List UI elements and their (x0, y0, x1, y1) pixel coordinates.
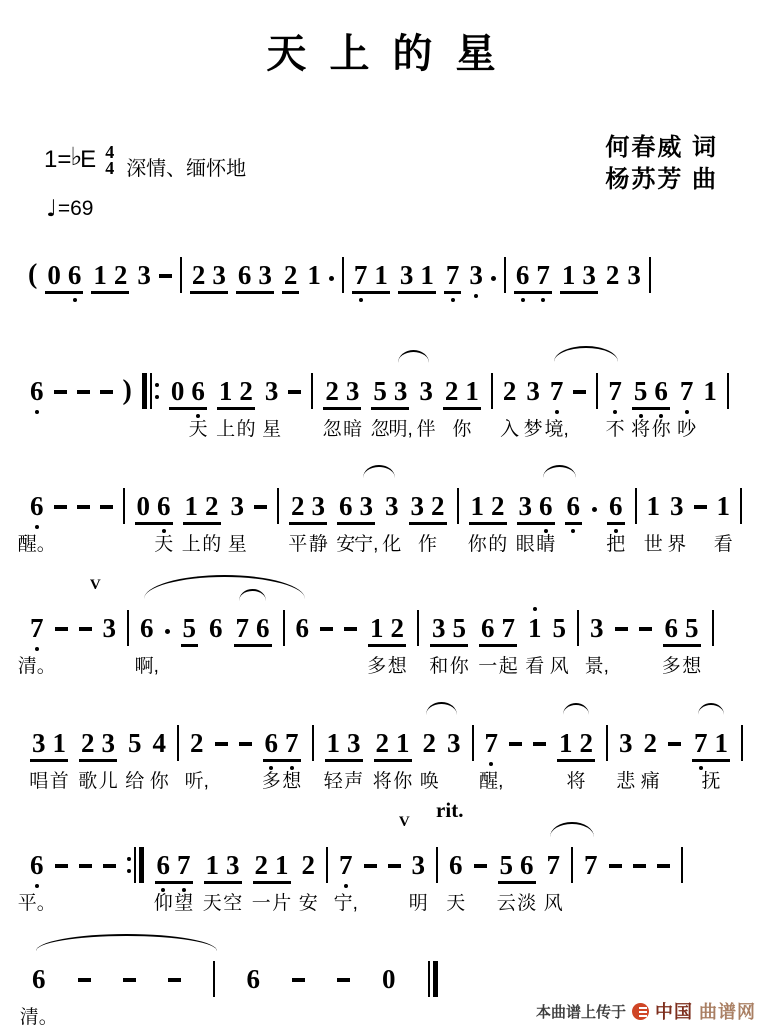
note-digit: 2 (503, 376, 517, 406)
note: 3 (360, 491, 374, 521)
thinbar (428, 961, 430, 997)
final-barline (428, 961, 438, 997)
note: 6 (238, 260, 252, 290)
note: 2 (644, 728, 658, 758)
score-line: 7365676612356715365清。啊,多想和你一起看风景,多想V (30, 605, 714, 643)
lyric-syllable: 你 (652, 414, 671, 441)
note-digit: 6 (238, 260, 252, 290)
note-digit: 7 (285, 728, 299, 758)
barline (436, 847, 438, 883)
note-digit: 1 (327, 728, 341, 758)
score-line: 6)06123235332123775671天上的星忽暗忽明,伴你入梦境,不将你… (30, 368, 729, 406)
note: 6 (68, 260, 82, 290)
note-digit: 5 (373, 376, 387, 406)
augmentation-dot (592, 507, 597, 512)
note-digit: 1 (93, 260, 107, 290)
slur-arc (698, 703, 725, 715)
note-digit: 5 (634, 376, 648, 406)
beam-group: 23 (79, 728, 117, 762)
duration-dash (609, 864, 622, 868)
lyric-syllable: 天 (154, 529, 173, 556)
note: 7 (608, 376, 622, 406)
note: 1 (219, 376, 233, 406)
note-digit: 5 (553, 613, 567, 643)
note: 3 (212, 260, 226, 290)
duration-dash (79, 627, 92, 631)
augmentation-dot (491, 276, 496, 281)
ritardando-marking: rit. (436, 798, 463, 823)
lyric-syllable: 痛 (641, 766, 660, 793)
lyric-syllable: 歌 (78, 766, 97, 793)
note-digit: 3 (394, 376, 408, 406)
lyric-syllable: 明, (388, 414, 412, 441)
note: 2 (445, 376, 459, 406)
note-digit: 2 (491, 491, 505, 521)
note-digit: 0 (171, 376, 185, 406)
note-digit: 3 (447, 728, 461, 758)
lyric-syllable: 声 (344, 766, 363, 793)
slur-arc (554, 346, 619, 362)
note-digit: 5 (685, 613, 699, 643)
duration-dash (77, 505, 90, 509)
watermark-site-bold: 中国 (655, 998, 693, 1024)
beam-group: 56 (498, 850, 536, 884)
note-digit: 1 (528, 613, 542, 643)
note: 0 (137, 491, 151, 521)
note: 6 (339, 491, 353, 521)
note: 1 (562, 260, 576, 290)
lyric-syllable: 悲 (616, 766, 635, 793)
slur-arc (363, 465, 395, 478)
repeat-end-barline (127, 847, 144, 883)
watermark-site: 曲谱网 (699, 998, 756, 1024)
note-digit: 6 (296, 613, 310, 643)
lyric-syllable: 平。 (18, 888, 56, 915)
note-digit: 6 (265, 728, 279, 758)
note-digit: 2 (291, 491, 305, 521)
beam-group: 13 (325, 728, 363, 762)
note: 3 (400, 260, 414, 290)
lyric-syllable: 仰 (154, 888, 173, 915)
beam-group: 67 (479, 613, 517, 647)
slur-arc (144, 575, 306, 599)
repeat-dots (127, 857, 131, 873)
beam-group: 06 (135, 491, 173, 525)
lyric-syllable: 和 (429, 651, 448, 678)
duration-dash (55, 864, 68, 868)
barline (740, 488, 742, 524)
note: 6 (609, 491, 623, 521)
note: 3 (582, 260, 596, 290)
note-digit: 3 (258, 260, 272, 290)
note: 3 (32, 728, 46, 758)
repeat-dots (155, 383, 159, 399)
note: 1 (275, 850, 289, 880)
note: 1 (327, 728, 341, 758)
note-digit: 6 (157, 850, 171, 880)
lyric-syllable: 你 (393, 766, 412, 793)
barline (312, 725, 314, 761)
beam-group: 67 (263, 728, 301, 762)
low-octave-dot (359, 298, 363, 302)
barline (311, 373, 313, 409)
lyric-syllable: 你 (450, 651, 469, 678)
duration-dash (288, 390, 301, 394)
duration-dash (239, 742, 252, 746)
note-digit: 7 (547, 850, 561, 880)
undefined (155, 395, 159, 399)
note: 1 (528, 613, 542, 643)
note-digit: 2 (190, 728, 204, 758)
note: 7 (502, 613, 516, 643)
note-digit: 3 (103, 613, 117, 643)
barline (596, 373, 598, 409)
lyric-syllable: 天 (446, 888, 465, 915)
duration-dash (533, 742, 546, 746)
thickbar (433, 961, 438, 997)
note-digit: 3 (419, 376, 433, 406)
note-digit: 3 (360, 491, 374, 521)
note-digit: 6 (209, 613, 223, 643)
note: 2 (302, 850, 316, 880)
lyric-syllable: 的 (488, 529, 507, 556)
barline (741, 725, 743, 761)
beam-group: 76 (234, 613, 272, 647)
note: 2 (291, 491, 305, 521)
note-digit: 3 (226, 850, 240, 880)
note: 3 (231, 491, 245, 521)
beam-group: 6 (565, 491, 583, 525)
note-digit: 1 (185, 491, 199, 521)
beam-group: 13 (204, 850, 242, 884)
note: 1 (370, 613, 384, 643)
repeat-start-barline (142, 373, 159, 409)
slur-arc (543, 465, 577, 478)
note-digit: 6 (516, 260, 530, 290)
note: 7 (485, 728, 499, 758)
beam-group: 71 (352, 260, 390, 294)
lyric-syllable: 片 (272, 888, 291, 915)
lyric-syllable: 起 (499, 651, 518, 678)
note: 6 (157, 850, 171, 880)
parenthesis: ) (123, 376, 132, 406)
lyric-syllable: 看 (525, 651, 544, 678)
meter-denominator: 4 (105, 160, 114, 176)
lyricist-credit: 何春威 词 (605, 132, 718, 164)
tempo-value: =69 (58, 197, 94, 221)
lyric-syllable: 安 (336, 529, 355, 556)
lyric-syllable: 清。 (18, 651, 56, 678)
key-signature: 1=♭E 4 4 深情、缅怀地 (44, 142, 246, 177)
note-digit: 6 (339, 491, 353, 521)
note: 3 (412, 850, 426, 880)
note: 6 (140, 613, 154, 643)
duration-dash (54, 390, 67, 394)
low-octave-dot (35, 410, 39, 414)
note: 1 (647, 491, 661, 521)
lyric-syllable: 淡 (517, 888, 536, 915)
duration-dash (54, 505, 67, 509)
note-digit: 1 (374, 260, 388, 290)
note-digit: 7 (608, 376, 622, 406)
watermark-text: 本曲谱上传于 (536, 1001, 626, 1022)
credits: 何春威 词 杨苏芳 曲 (605, 132, 718, 196)
lyric-syllable: 儿 (99, 766, 118, 793)
lyric-syllable: 静 (309, 529, 328, 556)
lyric-syllable: 将 (566, 766, 585, 793)
note-digit: 1 (647, 491, 661, 521)
note-digit: 3 (231, 491, 245, 521)
note: 5 (634, 376, 648, 406)
beam-group: 2 (282, 260, 300, 294)
note-digit: 6 (30, 376, 44, 406)
beam-group: 32 (409, 491, 447, 525)
note-digit: 7 (485, 728, 499, 758)
lyric-syllable: 一 (478, 651, 497, 678)
note-digit: 3 (32, 728, 46, 758)
duration-dash (615, 627, 628, 631)
note-digit: 1 (396, 728, 410, 758)
note: 3 (519, 491, 533, 521)
note-digit: 3 (411, 491, 425, 521)
note: 1 (307, 260, 321, 290)
barline (326, 847, 328, 883)
note: 7 (680, 376, 694, 406)
note: 3 (265, 376, 279, 406)
thinbar (134, 847, 136, 883)
beam-group: 23 (190, 260, 228, 294)
note: 1 (420, 260, 434, 290)
time-signature: 4 4 (105, 144, 114, 176)
note-digit: 3 (469, 260, 483, 290)
barline (472, 725, 474, 761)
note-digit: 3 (432, 613, 446, 643)
lyric-syllable: 一 (252, 888, 271, 915)
barline (123, 488, 125, 524)
lyric-syllable: 望 (174, 888, 193, 915)
lyric-syllable: 首 (50, 766, 69, 793)
note: 3 (394, 376, 408, 406)
note: 6 (567, 491, 581, 521)
note: 6 (296, 613, 310, 643)
lyric-syllable: 把 (606, 529, 625, 556)
beam-group: 13 (560, 260, 598, 294)
note: 3 (347, 728, 361, 758)
note: 6 (516, 260, 530, 290)
key-tonic: E (80, 146, 96, 174)
note-digit: 2 (81, 728, 95, 758)
barline (180, 257, 182, 293)
slur-arc (563, 703, 590, 715)
note: 1 (465, 376, 479, 406)
lyric-syllable: 轻 (324, 766, 343, 793)
note-digit: 4 (153, 728, 167, 758)
note: 1 (717, 491, 731, 521)
beam-group: 31 (398, 260, 436, 294)
barline (127, 610, 129, 646)
duration-dash (509, 742, 522, 746)
note-digit: 2 (325, 376, 339, 406)
duration-dash (77, 390, 90, 394)
beam-group: 67 (514, 260, 552, 294)
score-line: 3123542671321237123271唱首歌儿给你听,多想轻声将你唤醒,将… (30, 720, 743, 758)
note-digit: 2 (255, 850, 269, 880)
note-digit: 6 (256, 613, 270, 643)
beam-group: 12 (91, 260, 129, 294)
score-line: 667132127365677平。仰望天空一片安宁,明天云淡风Vrit. (30, 842, 683, 880)
beam-group: 06 (45, 260, 83, 294)
note-digit: 6 (481, 613, 495, 643)
note: 1 (374, 260, 388, 290)
thickbar (142, 373, 147, 409)
note-digit: 6 (520, 850, 534, 880)
barline (571, 847, 573, 883)
undefined (127, 857, 131, 861)
note-digit: 6 (191, 376, 205, 406)
note-digit: 1 (219, 376, 233, 406)
low-octave-dot (541, 298, 545, 302)
lyric-syllable: 唱 (29, 766, 48, 793)
note: 2 (190, 728, 204, 758)
note-digit: 5 (500, 850, 514, 880)
duration-dash (55, 627, 68, 631)
lyric-syllable: 宁, (354, 529, 378, 556)
duration-dash (639, 627, 652, 631)
barline (606, 725, 608, 761)
note: 1 (206, 850, 220, 880)
note: 4 (153, 728, 167, 758)
lyric-syllable: 空 (223, 888, 242, 915)
note-digit: 1 (717, 491, 731, 521)
lyric-syllable: 想 (282, 766, 301, 793)
duration-dash (168, 978, 181, 982)
note-digit: 7 (30, 613, 44, 643)
note-digit: 1 (465, 376, 479, 406)
note: 7 (550, 376, 564, 406)
note: 6 (30, 491, 44, 521)
duration-dash (320, 627, 333, 631)
note-digit: 1 (559, 728, 573, 758)
note: 3 (469, 260, 483, 290)
lyric-syllable: 你 (150, 766, 169, 793)
lyric-syllable: 醒, (479, 766, 503, 793)
note-digit: 2 (391, 613, 405, 643)
note-digit: 2 (205, 491, 219, 521)
beam-group: 56 (632, 376, 670, 410)
lyric-syllable: 梦 (524, 414, 543, 441)
note: 3 (627, 260, 641, 290)
beam-group: 7 (444, 260, 462, 294)
note: 7 (694, 728, 708, 758)
score-line: 6061232363332123666131醒。天上的星平静安宁,化作你的眼睛把… (30, 483, 742, 521)
note-digit: 2 (580, 728, 594, 758)
note-digit: 1 (562, 260, 576, 290)
duration-dash (100, 505, 113, 509)
note: 1 (703, 376, 717, 406)
augmentation-dot (165, 629, 170, 634)
barline (177, 725, 179, 761)
note-digit: 2 (239, 376, 253, 406)
augmentation-dot (329, 276, 334, 281)
lyric-syllable: 忽 (371, 414, 390, 441)
note: 3 (102, 728, 116, 758)
note: 2 (81, 728, 95, 758)
note-digit: 5 (183, 613, 197, 643)
note-digit: 6 (449, 850, 463, 880)
note: 6 (32, 964, 46, 994)
lyric-syllable: 你 (468, 529, 487, 556)
note: 6 (30, 850, 44, 880)
note: 2 (205, 491, 219, 521)
note: 6 (256, 613, 270, 643)
barline (213, 961, 215, 997)
note: 7 (547, 850, 561, 880)
note-digit: 6 (68, 260, 82, 290)
note: 6 (539, 491, 553, 521)
undefined (155, 383, 159, 387)
note-digit: 6 (539, 491, 553, 521)
note: 2 (580, 728, 594, 758)
note-digit: 0 (382, 964, 396, 994)
duration-dash (668, 742, 681, 746)
lyric-syllable: 明 (409, 888, 428, 915)
duration-dash (159, 274, 172, 278)
lyric-syllable: 吵 (677, 414, 696, 441)
note-digit: 2 (431, 491, 445, 521)
lyric-syllable: 想 (388, 651, 407, 678)
note-digit: 3 (265, 376, 279, 406)
low-octave-dot (451, 298, 455, 302)
note: 7 (536, 260, 550, 290)
beam-group: 23 (289, 491, 327, 525)
beam-group: 12 (183, 491, 221, 525)
lyric-syllable: 多 (367, 651, 386, 678)
note: 1 (93, 260, 107, 290)
low-octave-dot (521, 298, 525, 302)
note-digit: 1 (307, 260, 321, 290)
duration-dash (344, 627, 357, 631)
lyric-syllable: 醒。 (18, 529, 56, 556)
note-digit: 3 (385, 491, 399, 521)
note-digit: 6 (654, 376, 668, 406)
note-digit: 7 (680, 376, 694, 406)
note: 7 (177, 850, 191, 880)
note-digit: 3 (400, 260, 414, 290)
note: 6 (30, 376, 44, 406)
note: 7 (584, 850, 598, 880)
note: 6 (191, 376, 205, 406)
note: 3 (258, 260, 272, 290)
note: 3 (411, 491, 425, 521)
beam-group: 6 (607, 491, 625, 525)
barline (457, 488, 459, 524)
note: 6 (157, 491, 171, 521)
note: 3 (419, 376, 433, 406)
note: 2 (376, 728, 390, 758)
note: 5 (553, 613, 567, 643)
note-digit: 7 (177, 850, 191, 880)
note: 3 (312, 491, 326, 521)
note-digit: 3 (312, 491, 326, 521)
beam-group: 31 (30, 728, 68, 762)
duration-dash (474, 864, 487, 868)
note: 1 (715, 728, 729, 758)
note: 6 (520, 850, 534, 880)
note: 6 (665, 613, 679, 643)
note-digit: 6 (32, 964, 46, 994)
note-digit: 5 (128, 728, 142, 758)
note-digit: 3 (212, 260, 226, 290)
